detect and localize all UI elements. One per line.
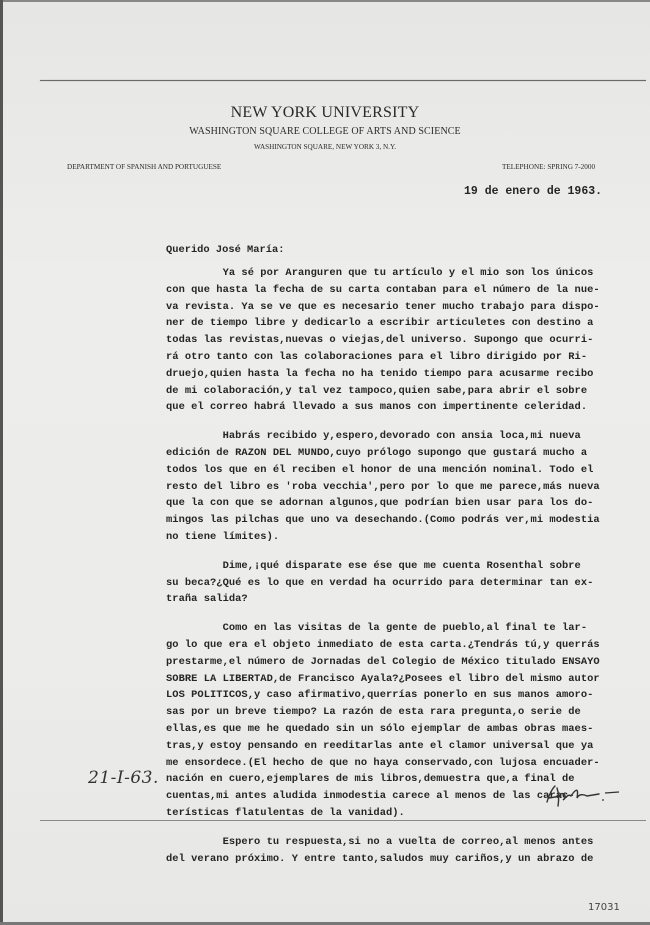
top-rule — [40, 80, 646, 81]
text-line: tras,y estoy pensando en reeditarlas ant… — [166, 738, 621, 755]
text-line: ellas,es que me he quedado sin un sólo e… — [166, 721, 621, 738]
paragraph-gap — [166, 546, 621, 558]
letterhead-college: WASHINGTON SQUARE COLLEGE OF ARTS AND SC… — [0, 126, 650, 137]
text-line: SOBRE LA LIBERTAD,de Francisco Ayala?¿Po… — [166, 671, 621, 688]
paragraph: Habrás recibido y,espero,devorado con an… — [166, 428, 621, 546]
text-line: Ya sé por Aranguren que tu artículo y el… — [166, 265, 621, 282]
scan-edge-top — [0, 0, 650, 2]
text-line: con que hasta la fecha de su carta conta… — [166, 282, 621, 299]
text-line: mingos las pilchas que uno va desechando… — [166, 512, 621, 529]
text-line: prestarme,el número de Jornadas del Cole… — [166, 654, 621, 671]
text-line: sas por un breve tiempo? La razón de est… — [166, 704, 621, 721]
signature — [543, 780, 623, 810]
text-line: que la con que se adornan algunos,que po… — [166, 495, 621, 512]
letter-body: Ya sé por Aranguren que tu artículo y el… — [166, 265, 621, 867]
text-line: su beca?¿Qué es lo que en verdad ha ocur… — [166, 575, 621, 592]
text-line: de mi colaboración,y tal vez tampoco,qui… — [166, 383, 621, 400]
bottom-rule — [40, 820, 646, 821]
paragraph-gap — [166, 416, 621, 428]
letter-page: NEW YORK UNIVERSITY WASHINGTON SQUARE CO… — [0, 0, 650, 925]
text-line: Habrás recibido y,espero,devorado con an… — [166, 428, 621, 445]
handwritten-date-note: 21-I-63. — [88, 768, 159, 788]
text-line: me ensordece.(El hecho de que no haya co… — [166, 755, 621, 772]
text-line: LOS POLITICOS,y caso afirmativo,querrías… — [166, 687, 621, 704]
text-line: traña salida? — [166, 591, 621, 608]
paragraph: Dime,¡qué disparate ese ése que me cuent… — [166, 558, 621, 608]
salutation: Querido José María: — [166, 244, 284, 256]
text-line: Dime,¡qué disparate ese ése que me cuent… — [166, 558, 621, 575]
letterhead-department: DEPARTMENT OF SPANISH AND PORTUGUESE — [67, 163, 221, 171]
text-line: todos los que en él reciben el honor de … — [166, 462, 621, 479]
archive-number: 17031 — [588, 902, 620, 913]
text-line: que el correo habrá llevado a sus manos … — [166, 399, 621, 416]
letterhead-telephone: TELEPHONE: SPRING 7-2000 — [502, 163, 595, 171]
text-line: va revista. Ya se ve que es necesario te… — [166, 299, 621, 316]
paragraph: Ya sé por Aranguren que tu artículo y el… — [166, 265, 621, 416]
text-line: Como en las visitas de la gente de puebl… — [166, 620, 621, 637]
paragraph-gap — [166, 822, 621, 834]
text-line: del verano próximo. Y entre tanto,saludo… — [166, 851, 621, 868]
text-line: rá otro tanto con las colaboraciones par… — [166, 349, 621, 366]
paragraph: Espero tu respuesta,si no a vuelta de co… — [166, 834, 621, 868]
letter-date: 19 de enero de 1963. — [464, 185, 602, 198]
text-line: Espero tu respuesta,si no a vuelta de co… — [166, 834, 621, 851]
text-line: edición de RAZON DEL MUNDO,cuyo prólogo … — [166, 445, 621, 462]
text-line: no tiene límites). — [166, 529, 621, 546]
text-line: go lo que era el objeto inmediato de est… — [166, 637, 621, 654]
text-line: resto del libro es 'roba vecchia',pero p… — [166, 479, 621, 496]
letterhead-address: WASHINGTON SQUARE, NEW YORK 3, N.Y. — [0, 143, 650, 151]
paragraph-gap — [166, 608, 621, 620]
text-line: druejo,quien hasta la fecha no ha tenido… — [166, 366, 621, 383]
scan-edge-left — [0, 0, 3, 925]
text-line: ner de tiempo libre y dedicarlo a escrib… — [166, 315, 621, 332]
text-line: todas las revistas,nuevas o viejas,del u… — [166, 332, 621, 349]
letterhead-university: NEW YORK UNIVERSITY — [0, 104, 650, 122]
